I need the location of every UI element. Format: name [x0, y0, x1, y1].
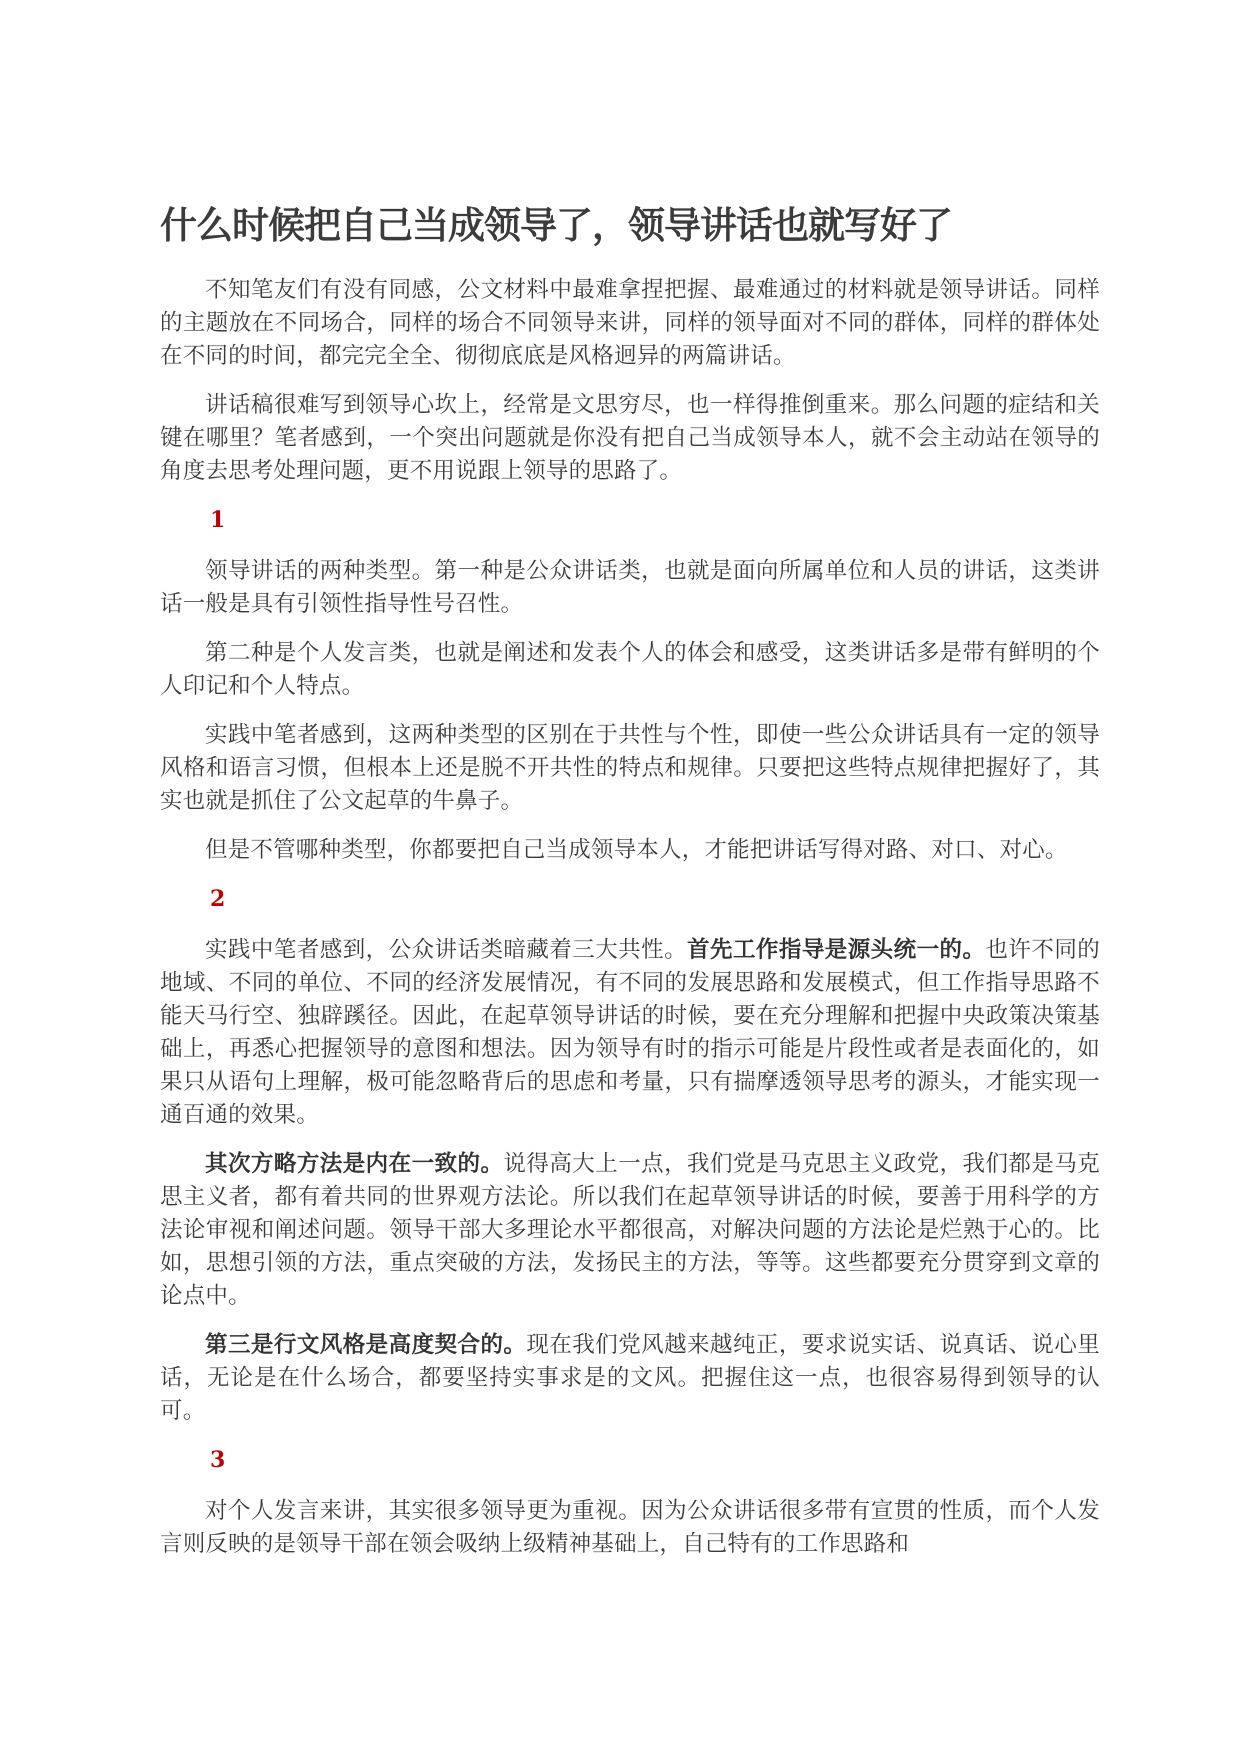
document-title: 什么时候把自己当成领导了，领导讲话也就写好了: [160, 200, 1100, 252]
paragraph-intro-1: 不知笔友们有没有同感，公文材料中最难拿捏把握、最难通过的材料就是领导讲话。同样的…: [160, 274, 1100, 373]
section-number-1: 1: [210, 504, 1100, 537]
paragraph-body: 也许不同的地域、不同的单位、不同的经济发展情况，有不同的发展思路和发展模式，但工…: [160, 937, 1100, 1128]
bold-heading-third: 第三是行文风格是高度契合的。: [205, 1332, 526, 1358]
paragraph-s2-1: 实践中笔者感到，公众讲话类暗藏着三大共性。首先工作指导是源头统一的。也许不同的地…: [160, 934, 1100, 1132]
bold-heading-first: 首先工作指导是源头统一的。: [687, 937, 985, 963]
section-number-3: 3: [210, 1444, 1100, 1477]
paragraph-s3-1: 对个人发言来讲，其实很多领导更为重视。因为公众讲话很多带有宣贯的性质，而个人发言…: [160, 1495, 1100, 1561]
paragraph-s2-2: 其次方略方法是内在一致的。说得高大上一点，我们党是马克思主义政党，我们都是马克思…: [160, 1148, 1100, 1313]
paragraph-s1-2: 第二种是个人发言类，也就是阐述和发表个人的体会和感受，这类讲话多是带有鲜明的个人…: [160, 637, 1100, 703]
document-page: 什么时候把自己当成领导了，领导讲话也就写好了 不知笔友们有没有同感，公文材料中最…: [160, 200, 1100, 1577]
bold-heading-second: 其次方略方法是内在一致的。: [205, 1151, 503, 1177]
paragraph-s1-3: 实践中笔者感到，这两种类型的区别在于共性与个性，即使一些公众讲话具有一定的领导风…: [160, 719, 1100, 818]
paragraph-lead: 实践中笔者感到，公众讲话类暗藏着三大共性。: [205, 937, 687, 963]
paragraph-s1-1: 领导讲话的两种类型。第一种是公众讲话类，也就是面向所属单位和人员的讲话，这类讲话…: [160, 555, 1100, 621]
section-number-2: 2: [210, 883, 1100, 916]
paragraph-s2-3: 第三是行文风格是高度契合的。现在我们党风越来越纯正，要求说实话、说真话、说心里话…: [160, 1329, 1100, 1428]
paragraph-intro-2: 讲话稿很难写到领导心坎上，经常是文思穷尽，也一样得推倒重来。那么问题的症结和关键…: [160, 389, 1100, 488]
paragraph-s1-4: 但是不管哪种类型，你都要把自己当成领导本人，才能把讲话写得对路、对口、对心。: [160, 834, 1100, 867]
